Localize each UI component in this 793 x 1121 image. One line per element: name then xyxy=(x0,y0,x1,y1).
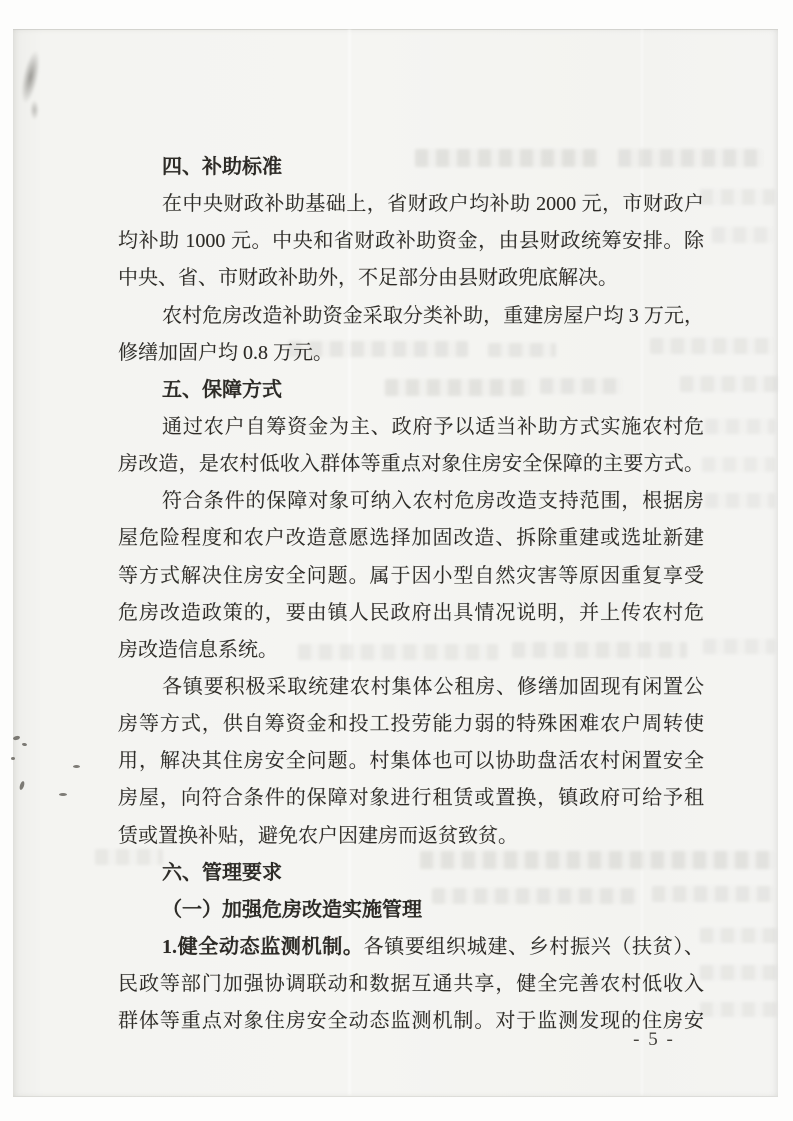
scanned-document-page: 四、补助标准在中央财政补助基础上，省财政户均补助 2000 元，市财政户均补助 … xyxy=(0,0,793,1121)
text-line: 房屋，向符合条件的保障对象进行租赁或置换，镇政府可给予租 xyxy=(118,780,704,817)
bleed-through-artifact xyxy=(700,965,778,980)
bleed-through-artifact xyxy=(705,419,775,434)
text-run: 符合条件的保障对象可纳入农村危房改造支持范围，根据房 xyxy=(162,490,704,512)
paragraph: 通过农户自筹资金为主、政府予以适当补助方式实施农村危房改造，是农村低收入群体等重… xyxy=(118,409,704,483)
text-run: 各镇要积极采取统建农村集体公租房、修缮加固现有闲置公 xyxy=(162,676,704,698)
bleed-through-artifact xyxy=(702,457,775,472)
text-run: 中央、省、市财政补助外，不足部分由县财政兜底解决。 xyxy=(118,267,618,289)
paragraph: 四、补助标准 xyxy=(118,149,704,186)
bleed-through-artifact xyxy=(712,227,774,243)
text-run: 用，解决其住房安全问题。村集体也可以协助盘活农村闲置安全 xyxy=(118,750,704,772)
text-run: 修缮加固户均 0.8 万元。 xyxy=(118,342,333,364)
text-line: 各镇要积极采取统建农村集体公租房、修缮加固现有闲置公 xyxy=(118,669,704,706)
text-run: 四、补助标准 xyxy=(162,156,282,178)
text-line: 农村危房改造补助资金采取分类补助，重建房屋户均 3 万元， xyxy=(118,298,704,335)
text-line: 民政等部门加强协调联动和数据互通共享，健全完善农村低收入 xyxy=(118,966,704,1003)
ink-speck xyxy=(22,743,27,747)
scan-smudge xyxy=(30,100,39,120)
text-run: （一）加强危房改造实施管理 xyxy=(162,899,422,921)
bleed-through-artifact xyxy=(700,189,775,205)
text-run: 五、保障方式 xyxy=(162,379,282,401)
paragraph: 符合条件的保障对象可纳入农村危房改造支持范围，根据房屋危险程度和农户改造意愿选择… xyxy=(118,483,704,669)
paragraph: 在中央财政补助基础上，省财政户均补助 2000 元，市财政户均补助 1000 元… xyxy=(118,186,704,297)
bleed-through-artifact xyxy=(700,1002,778,1017)
text-line: 用，解决其住房安全问题。村集体也可以协助盘活农村闲置安全 xyxy=(118,743,704,780)
text-run: 民政等部门加强协调联动和数据互通共享，健全完善农村低收入 xyxy=(118,973,704,995)
text-run: 房改造，是农村低收入群体等重点对象住房安全保障的主要方式。 xyxy=(118,453,704,475)
text-line: 修缮加固户均 0.8 万元。 xyxy=(118,335,704,372)
text-run: 危房改造政策的，要由镇人民政府出具情况说明，并上传农村危 xyxy=(118,602,704,624)
text-line: 等方式解决住房安全问题。属于因小型自然灾害等原因重复享受 xyxy=(118,558,704,595)
text-line: （一）加强危房改造实施管理 xyxy=(118,892,704,929)
text-run: 六、管理要求 xyxy=(162,862,282,884)
text-line: 四、补助标准 xyxy=(118,149,704,186)
text-line: 在中央财政补助基础上，省财政户均补助 2000 元，市财政户 xyxy=(118,186,704,223)
paragraph: 六、管理要求 xyxy=(118,855,704,892)
paragraph: 1.健全动态监测机制。各镇要组织城建、乡村振兴（扶贫）、民政等部门加强协调联动和… xyxy=(118,929,704,1040)
text-line: 1.健全动态监测机制。各镇要组织城建、乡村振兴（扶贫）、 xyxy=(118,929,704,966)
text-line: 赁或置换补贴，避免农户因建房而返贫致贫。 xyxy=(118,818,704,855)
text-line: 房改造，是农村低收入群体等重点对象住房安全保障的主要方式。 xyxy=(118,446,704,483)
text-run: 屋危险程度和农户改造意愿选择加固改造、拆除重建或选址新建 xyxy=(118,527,704,549)
text-line: 五、保障方式 xyxy=(118,372,704,409)
text-run: 等方式解决住房安全问题。属于因小型自然灾害等原因重复享受 xyxy=(118,565,704,587)
text-run: 房屋，向符合条件的保障对象进行租赁或置换，镇政府可给予租 xyxy=(118,787,704,809)
text-run: 房等方式，供自筹资金和投工投劳能力弱的特殊困难农户周转使 xyxy=(118,713,704,735)
paragraph: 五、保障方式 xyxy=(118,372,704,409)
text-line: 均补助 1000 元。中央和省财政补助资金，由县财政统筹安排。除 xyxy=(118,223,704,260)
text-line: 中央、省、市财政补助外，不足部分由县财政兜底解决。 xyxy=(118,260,704,297)
text-line: 符合条件的保障对象可纳入农村危房改造支持范围，根据房 xyxy=(118,483,704,520)
bleed-through-artifact xyxy=(705,493,775,508)
bleed-through-artifact xyxy=(700,928,778,943)
text-run: 农村危房改造补助资金采取分类补助，重建房屋户均 3 万元， xyxy=(162,305,704,327)
bleed-through-artifact xyxy=(703,639,775,654)
text-run: 各镇要组织城建、乡村振兴（扶贫）、 xyxy=(364,936,704,958)
page-number: - 5 - xyxy=(615,1027,693,1053)
text-run: 在中央财政补助基础上，省财政户均补助 2000 元，市财政户 xyxy=(162,193,704,215)
document-body: 四、补助标准在中央财政补助基础上，省财政户均补助 2000 元，市财政户均补助 … xyxy=(118,149,704,1040)
text-line: 六、管理要求 xyxy=(118,855,704,892)
text-line: 屋危险程度和农户改造意愿选择加固改造、拆除重建或选址新建 xyxy=(118,520,704,557)
text-run: 通过农户自筹资金为主、政府予以适当补助方式实施农村危 xyxy=(162,416,704,438)
ink-speck xyxy=(59,793,67,796)
text-run: 1.健全动态监测机制。 xyxy=(162,936,364,958)
text-run: 房改造信息系统。 xyxy=(118,639,278,661)
ink-speck xyxy=(73,765,80,768)
text-run: 均补助 1000 元。中央和省财政补助资金，由县财政统筹安排。除 xyxy=(118,230,704,252)
text-run: 赁或置换补贴，避免农户因建房而返贫致贫。 xyxy=(118,825,518,847)
paragraph: 农村危房改造补助资金采取分类补助，重建房屋户均 3 万元，修缮加固户均 0.8 … xyxy=(118,298,704,372)
text-line: 房等方式，供自筹资金和投工投劳能力弱的特殊困难农户周转使 xyxy=(118,706,704,743)
text-line: 危房改造政策的，要由镇人民政府出具情况说明，并上传农村危 xyxy=(118,595,704,632)
paragraph: （一）加强危房改造实施管理 xyxy=(118,892,704,929)
ink-speck xyxy=(11,757,15,760)
paragraph: 各镇要积极采取统建农村集体公租房、修缮加固现有闲置公房等方式，供自筹资金和投工投… xyxy=(118,669,704,855)
text-line: 房改造信息系统。 xyxy=(118,632,704,669)
text-line: 通过农户自筹资金为主、政府予以适当补助方式实施农村危 xyxy=(118,409,704,446)
